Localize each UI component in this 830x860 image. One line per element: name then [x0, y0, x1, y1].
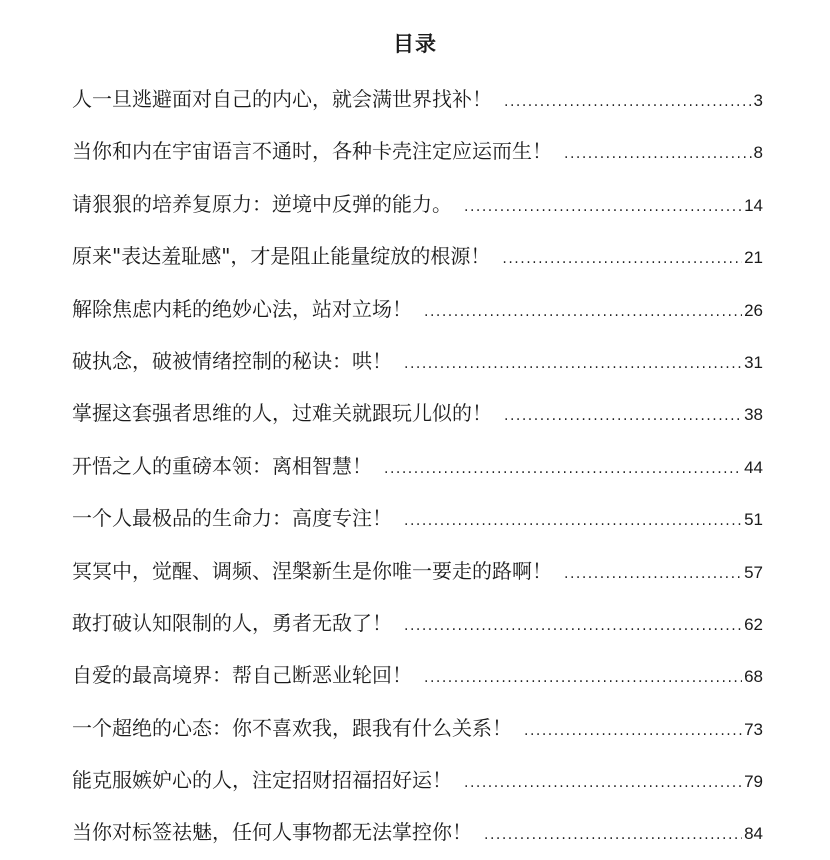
toc-entry[interactable]: 能克服嫉妒心的人，注定招财招福招好运！79 [72, 763, 763, 815]
toc-entry-title: 一个超绝的心态：你不喜欢我，跟我有什么关系！ [72, 711, 512, 745]
toc-entry-title: 请狠狠的培养复原力：逆境中反弹的能力。 [72, 187, 452, 221]
dot-leader [424, 661, 742, 695]
dot-leader [404, 504, 742, 538]
toc-entry-title: 当你对标签祛魅，任何人事物都无法掌控你！ [72, 815, 472, 849]
table-of-contents: 人一旦逃避面对自己的内心，就会满世界找补！3 当你和内在宇宙语言不通时，各种卡壳… [72, 82, 763, 860]
dot-leader [464, 190, 742, 224]
toc-entry-page: 26 [744, 294, 763, 328]
dot-leader [464, 766, 742, 800]
dot-leader [424, 295, 742, 329]
toc-entry-title: 敢打破认知限制的人，勇者无敌了！ [72, 606, 392, 640]
toc-entry-page: 84 [744, 817, 763, 851]
toc-entry[interactable]: 请狠狠的培养复原力：逆境中反弹的能力。14 [72, 187, 763, 239]
toc-entry[interactable]: 解除焦虑内耗的绝妙心法，站对立场！26 [72, 292, 763, 344]
toc-entry-page: 8 [754, 136, 763, 170]
toc-entry-title: 掌握这套强者思维的人，过难关就跟玩儿似的！ [72, 396, 492, 430]
toc-entry[interactable]: 原来"表达羞耻感"，才是阻止能量绽放的根源！21 [72, 239, 763, 291]
toc-entry[interactable]: 一个超绝的心态：你不喜欢我，跟我有什么关系！73 [72, 711, 763, 763]
toc-entry[interactable]: 开悟之人的重磅本领：离相智慧！44 [72, 449, 763, 501]
toc-entry-page: 73 [744, 713, 763, 747]
dot-leader [502, 242, 742, 276]
toc-entry-page: 3 [754, 84, 763, 118]
toc-entry[interactable]: 人一旦逃避面对自己的内心，就会满世界找补！3 [72, 82, 763, 134]
dot-leader [504, 399, 742, 433]
toc-entry-title: 一个人最极品的生命力：高度专注！ [72, 501, 392, 535]
dot-leader [404, 347, 742, 381]
toc-entry-title: 当你和内在宇宙语言不通时，各种卡壳注定应运而生！ [72, 134, 552, 168]
toc-entry-page: 51 [744, 503, 763, 537]
toc-entry-title: 能克服嫉妒心的人，注定招财招福招好运！ [72, 763, 452, 797]
toc-entry[interactable]: 掌握这套强者思维的人，过难关就跟玩儿似的！38 [72, 396, 763, 448]
toc-entry[interactable]: 当你对标签祛魅，任何人事物都无法掌控你！84 [72, 815, 763, 860]
toc-entry[interactable]: 自爱的最高境界：帮自己断恶业轮回！68 [72, 658, 763, 710]
dot-leader [504, 85, 752, 119]
toc-entry-title: 破执念，破被情绪控制的秘诀：哄！ [72, 344, 392, 378]
dot-leader [564, 137, 752, 171]
toc-entry-page: 68 [744, 660, 763, 694]
toc-entry-page: 38 [744, 398, 763, 432]
dot-leader [484, 818, 742, 852]
toc-entry[interactable]: 破执念，破被情绪控制的秘诀：哄！31 [72, 344, 763, 396]
dot-leader [404, 609, 742, 643]
toc-entry[interactable]: 敢打破认知限制的人，勇者无敌了！62 [72, 606, 763, 658]
toc-entry-title: 开悟之人的重磅本领：离相智慧！ [72, 449, 372, 483]
toc-entry-page: 79 [744, 765, 763, 799]
toc-entry-page: 62 [744, 608, 763, 642]
toc-entry-page: 31 [744, 346, 763, 380]
dot-leader [384, 452, 742, 486]
toc-entry[interactable]: 当你和内在宇宙语言不通时，各种卡壳注定应运而生！8 [72, 134, 763, 186]
toc-entry-page: 21 [744, 241, 763, 275]
toc-entry-title: 解除焦虑内耗的绝妙心法，站对立场！ [72, 292, 412, 326]
toc-entry-title: 自爱的最高境界：帮自己断恶业轮回！ [72, 658, 412, 692]
toc-entry-page: 57 [744, 556, 763, 590]
toc-entry[interactable]: 一个人最极品的生命力：高度专注！51 [72, 501, 763, 553]
toc-entry-title: 原来"表达羞耻感"，才是阻止能量绽放的根源！ [72, 239, 490, 273]
toc-entry-title: 人一旦逃避面对自己的内心，就会满世界找补！ [72, 82, 492, 116]
toc-entry-page: 44 [744, 451, 763, 485]
toc-title: 目录 [0, 28, 830, 58]
toc-entry[interactable]: 冥冥中，觉醒、调频、涅槃新生是你唯一要走的路啊！57 [72, 554, 763, 606]
dot-leader [524, 714, 742, 748]
dot-leader [564, 557, 742, 591]
toc-entry-title: 冥冥中，觉醒、调频、涅槃新生是你唯一要走的路啊！ [72, 554, 552, 588]
toc-entry-page: 14 [744, 189, 763, 223]
